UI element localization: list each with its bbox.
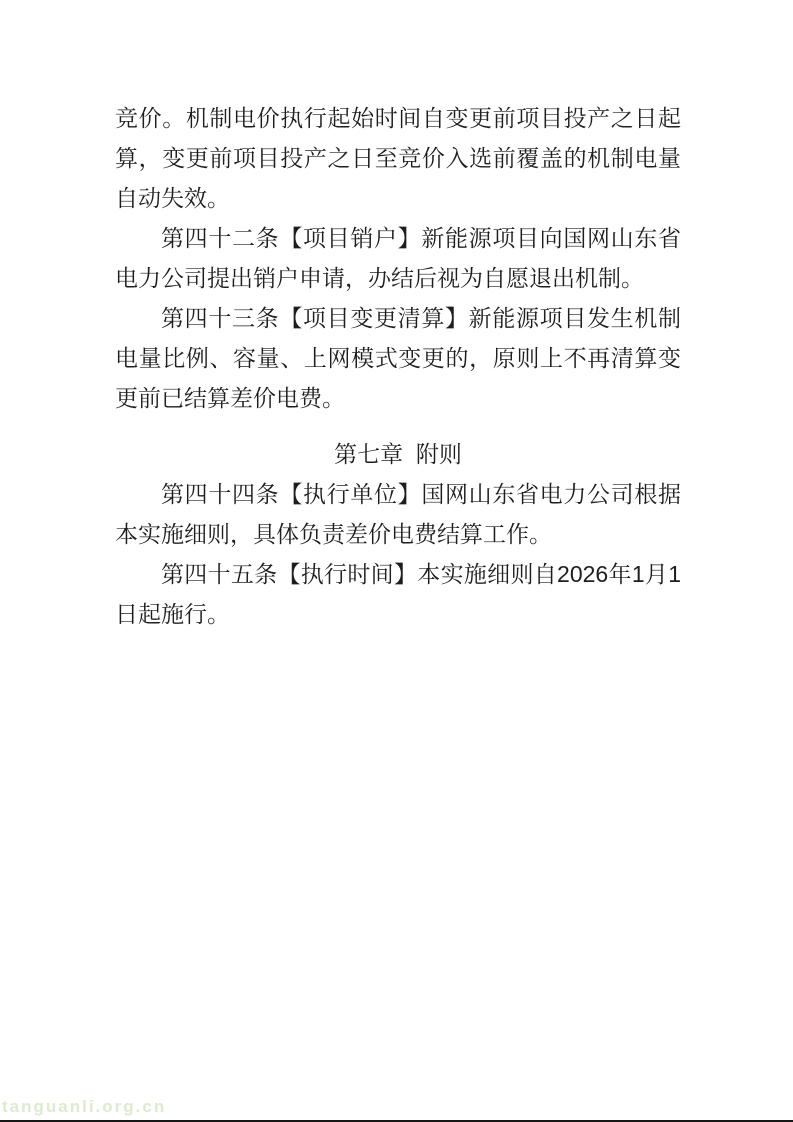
document-body: 竞价。机制电价执行起始时间自变更前项目投产之日起算，变更前项目投产之日至竞价入选… [115, 98, 681, 634]
paragraph-article-44: 第四十四条【执行单位】国网山东省电力公司根据本实施细则，具体负责差价电费结算工作… [115, 474, 681, 554]
paragraph-article-45: 第四十五条【执行时间】本实施细则自2026年1月1日起施行。 [115, 554, 681, 634]
paragraph-continuation: 竞价。机制电价执行起始时间自变更前项目投产之日起算，变更前项目投产之日至竞价入选… [115, 98, 681, 218]
document-page: 竞价。机制电价执行起始时间自变更前项目投产之日起算，变更前项目投产之日至竞价入选… [0, 0, 793, 1122]
watermark: tanguanli.org.cn [2, 1097, 166, 1117]
paragraph-article-43: 第四十三条【项目变更清算】新能源项目发生机制电量比例、容量、上网模式变更的，原则… [115, 298, 681, 418]
paragraph-article-42: 第四十二条【项目销户】新能源项目向国网山东省电力公司提出销户申请，办结后视为自愿… [115, 218, 681, 298]
chapter-heading: 第七章 附则 [115, 434, 681, 474]
